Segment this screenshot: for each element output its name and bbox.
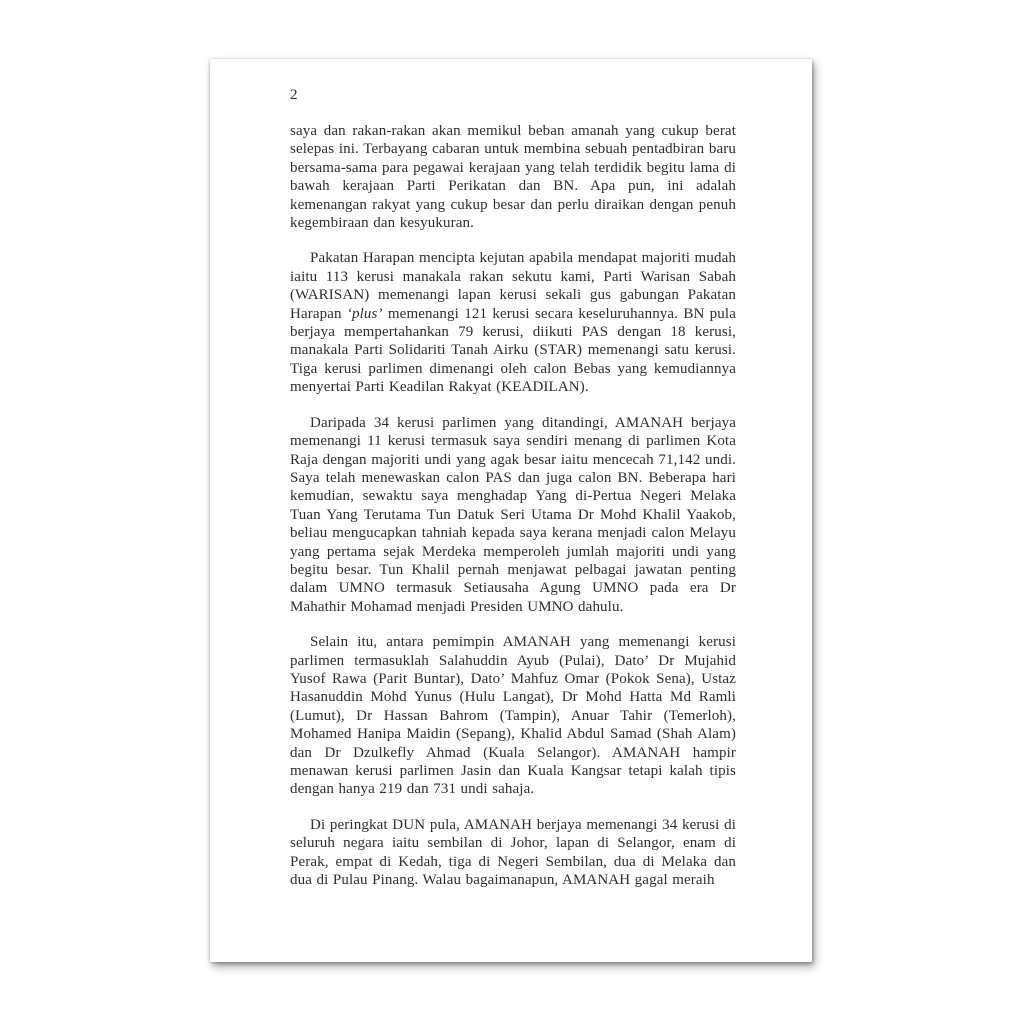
paragraph-3: Daripada 34 kerusi parlimen yang ditandi… — [290, 414, 736, 616]
paragraph-1: saya dan rakan-rakan akan memikul beban … — [290, 122, 736, 232]
page-number: 2 — [290, 86, 736, 104]
paragraph-5: Di peringkat DUN pula, AMANAH berjaya me… — [290, 816, 736, 890]
body-text: saya dan rakan-rakan akan memikul beban … — [290, 122, 736, 889]
paragraph-2-italic-term: ‘plus’ — [347, 306, 383, 322]
page-content: 2 saya dan rakan-rakan akan memikul beba… — [290, 86, 736, 906]
scan-background: 2 saya dan rakan-rakan akan memikul beba… — [0, 0, 1024, 1024]
paragraph-4: Selain itu, antara pemimpin AMANAH yang … — [290, 633, 736, 799]
paragraph-2: Pakatan Harapan mencipta kejutan apabila… — [290, 249, 736, 396]
book-page: 2 saya dan rakan-rakan akan memikul beba… — [210, 59, 812, 962]
